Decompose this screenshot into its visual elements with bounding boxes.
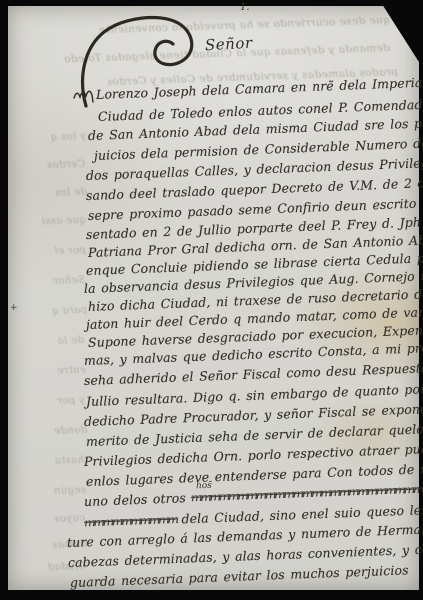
folio-number: 1.: [240, 2, 250, 13]
calligraphic-flourish: [70, 12, 220, 117]
salutation: Señor: [205, 34, 253, 54]
interlinear-insertion: hos̃: [196, 481, 212, 492]
margin-mark: +: [10, 303, 18, 313]
crossed-out-text: mmmmmmmmmm: [84, 513, 177, 529]
manuscript-photo: que dese ocurriendo se ha proveido lo co…: [0, 0, 423, 600]
